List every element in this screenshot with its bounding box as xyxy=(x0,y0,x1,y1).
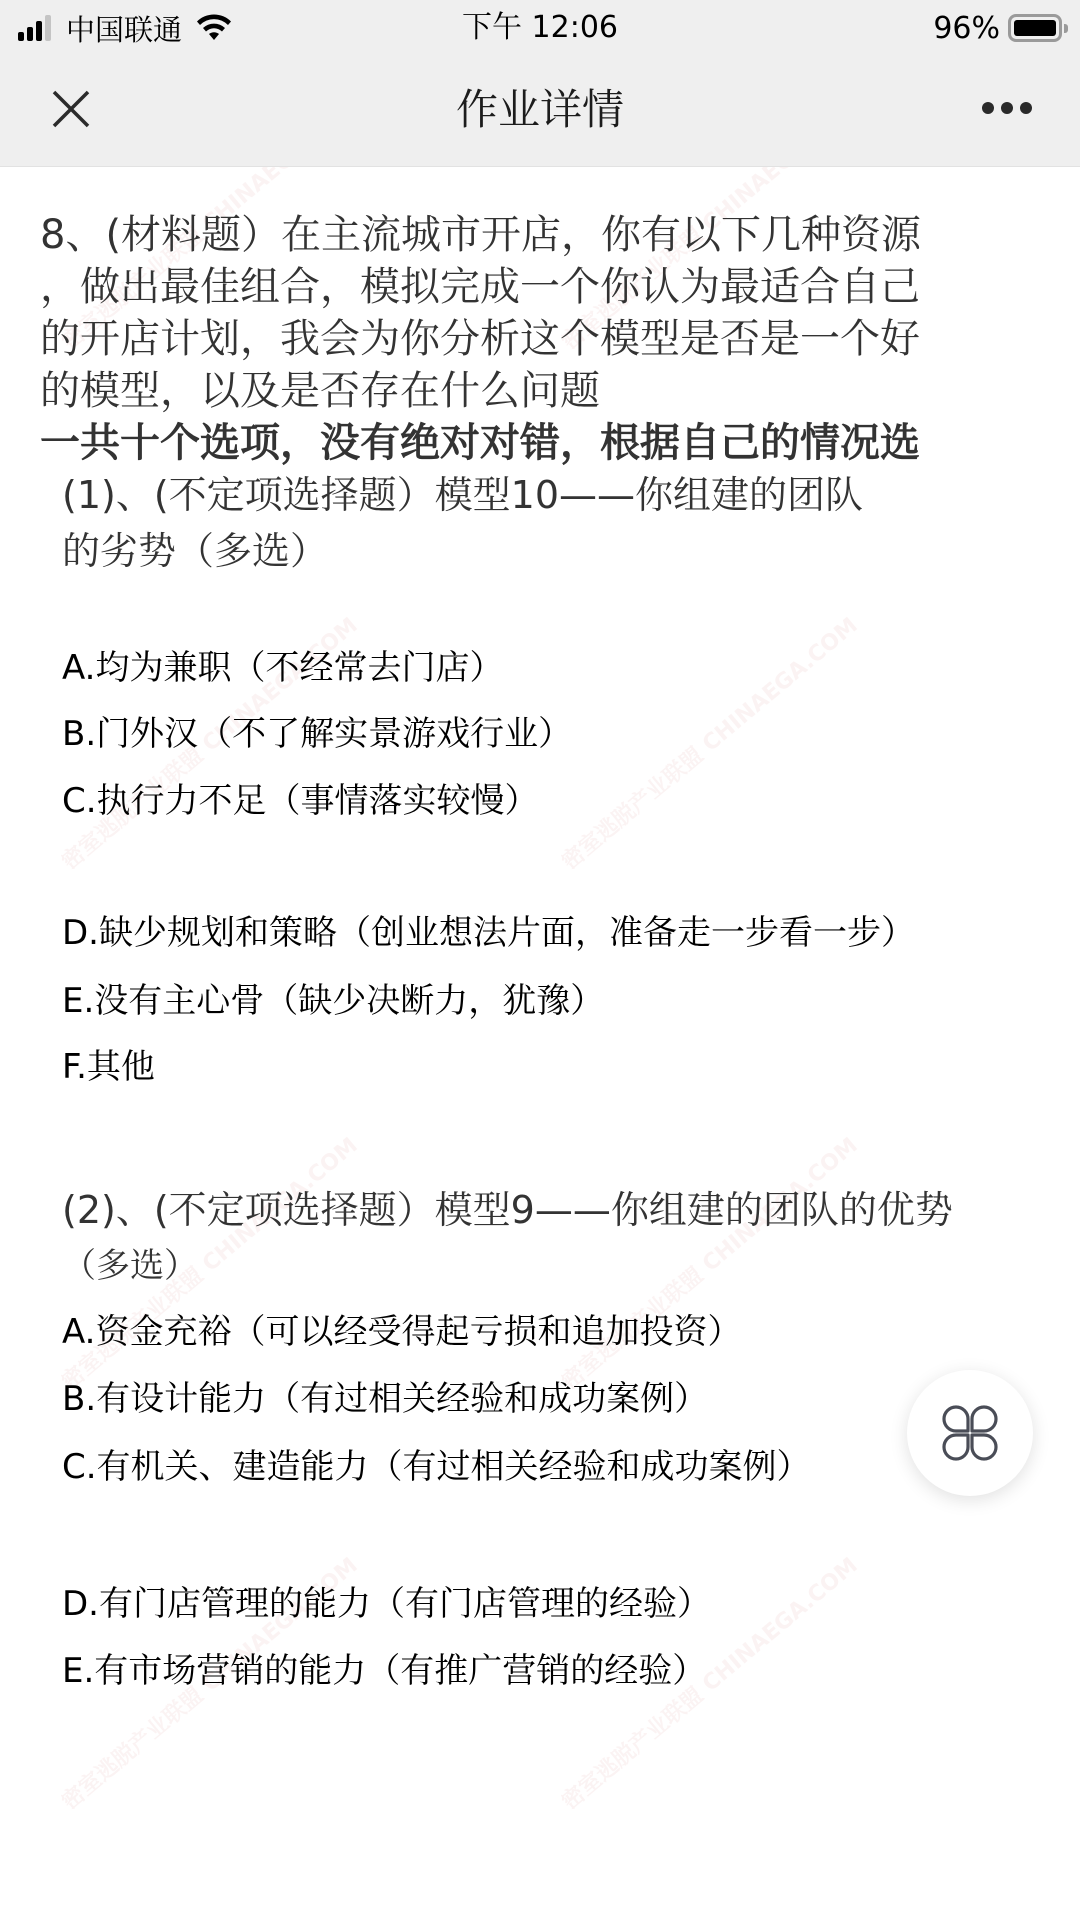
option-2e[interactable]: E.有市场营销的能力（有推广营销的经验） xyxy=(62,1651,706,1691)
floating-menu-button[interactable] xyxy=(907,1370,1033,1496)
status-time: 下午 12:06 xyxy=(0,8,1080,48)
sub-question-line: (1)、(不定项选择题）模型10——你组建的团队 xyxy=(62,467,1022,523)
status-right: 96% xyxy=(933,8,1062,48)
clover-menu-icon xyxy=(940,1403,1000,1463)
option-1b[interactable]: B.门外汉（不了解实景游戏行业） xyxy=(62,714,572,754)
option-1d[interactable]: D.缺少规划和策略（创业想法片面，准备走一步看一步） xyxy=(62,913,915,953)
page-title: 作业详情 xyxy=(0,82,1080,138)
more-icon[interactable] xyxy=(982,102,1032,116)
question-line: 8、(材料题）在主流城市开店，你有以下几种资源 xyxy=(40,209,1050,261)
status-bar: 中国联通 下午 12:06 96% xyxy=(0,0,1080,54)
question-text: 8、(材料题）在主流城市开店，你有以下几种资源 ，做出最佳组合，模拟完成一个你认… xyxy=(40,209,1050,469)
content-area[interactable]: 密室逃脱产业联盟 CHINAEGA.COM 密室逃脱产业联盟 CHINAEGA.… xyxy=(0,167,1080,1920)
option-1f[interactable]: F.其他 xyxy=(62,1047,155,1087)
option-1c[interactable]: C.执行力不足（事情落实较慢） xyxy=(62,781,539,821)
sub-question-line: （多选） xyxy=(62,1238,1022,1294)
sub-question-2-title: (2)、(不定项选择题）模型9——你组建的团队的优势 （多选） xyxy=(62,1182,1022,1294)
option-1e[interactable]: E.没有主心骨（缺少决断力，犹豫） xyxy=(62,981,604,1021)
question-line: 的模型，以及是否存在什么问题 xyxy=(40,365,1050,417)
option-2b[interactable]: B.有设计能力（有过相关经验和成功案例） xyxy=(62,1379,708,1419)
question-note: 一共十个选项，没有绝对对错，根据自己的情况选 xyxy=(40,417,1050,469)
option-2d[interactable]: D.有门店管理的能力（有门店管理的经验） xyxy=(62,1584,711,1624)
question-line: ，做出最佳组合，模拟完成一个你认为最适合自己 xyxy=(40,261,1050,313)
sub-question-1-title: (1)、(不定项选择题）模型10——你组建的团队 的劣势（多选） xyxy=(62,467,1022,579)
sub-question-line: 的劣势（多选） xyxy=(62,523,1022,579)
nav-bar: 作业详情 xyxy=(0,54,1080,167)
sub-question-line: (2)、(不定项选择题）模型9——你组建的团队的优势 xyxy=(62,1182,1022,1238)
battery-icon xyxy=(1008,14,1062,42)
option-1a[interactable]: A.均为兼职（不经常去门店） xyxy=(62,648,503,688)
battery-percent: 96% xyxy=(933,11,1000,46)
option-2c[interactable]: C.有机关、建造能力（有过相关经验和成功案例） xyxy=(62,1447,811,1487)
question-line: 的开店计划，我会为你分析这个模型是否是一个好 xyxy=(40,313,1050,365)
watermark: 密室逃脱产业联盟 CHINAEGA.COM xyxy=(554,609,863,875)
option-2a[interactable]: A.资金充裕（可以经受得起亏损和追加投资） xyxy=(62,1312,741,1352)
